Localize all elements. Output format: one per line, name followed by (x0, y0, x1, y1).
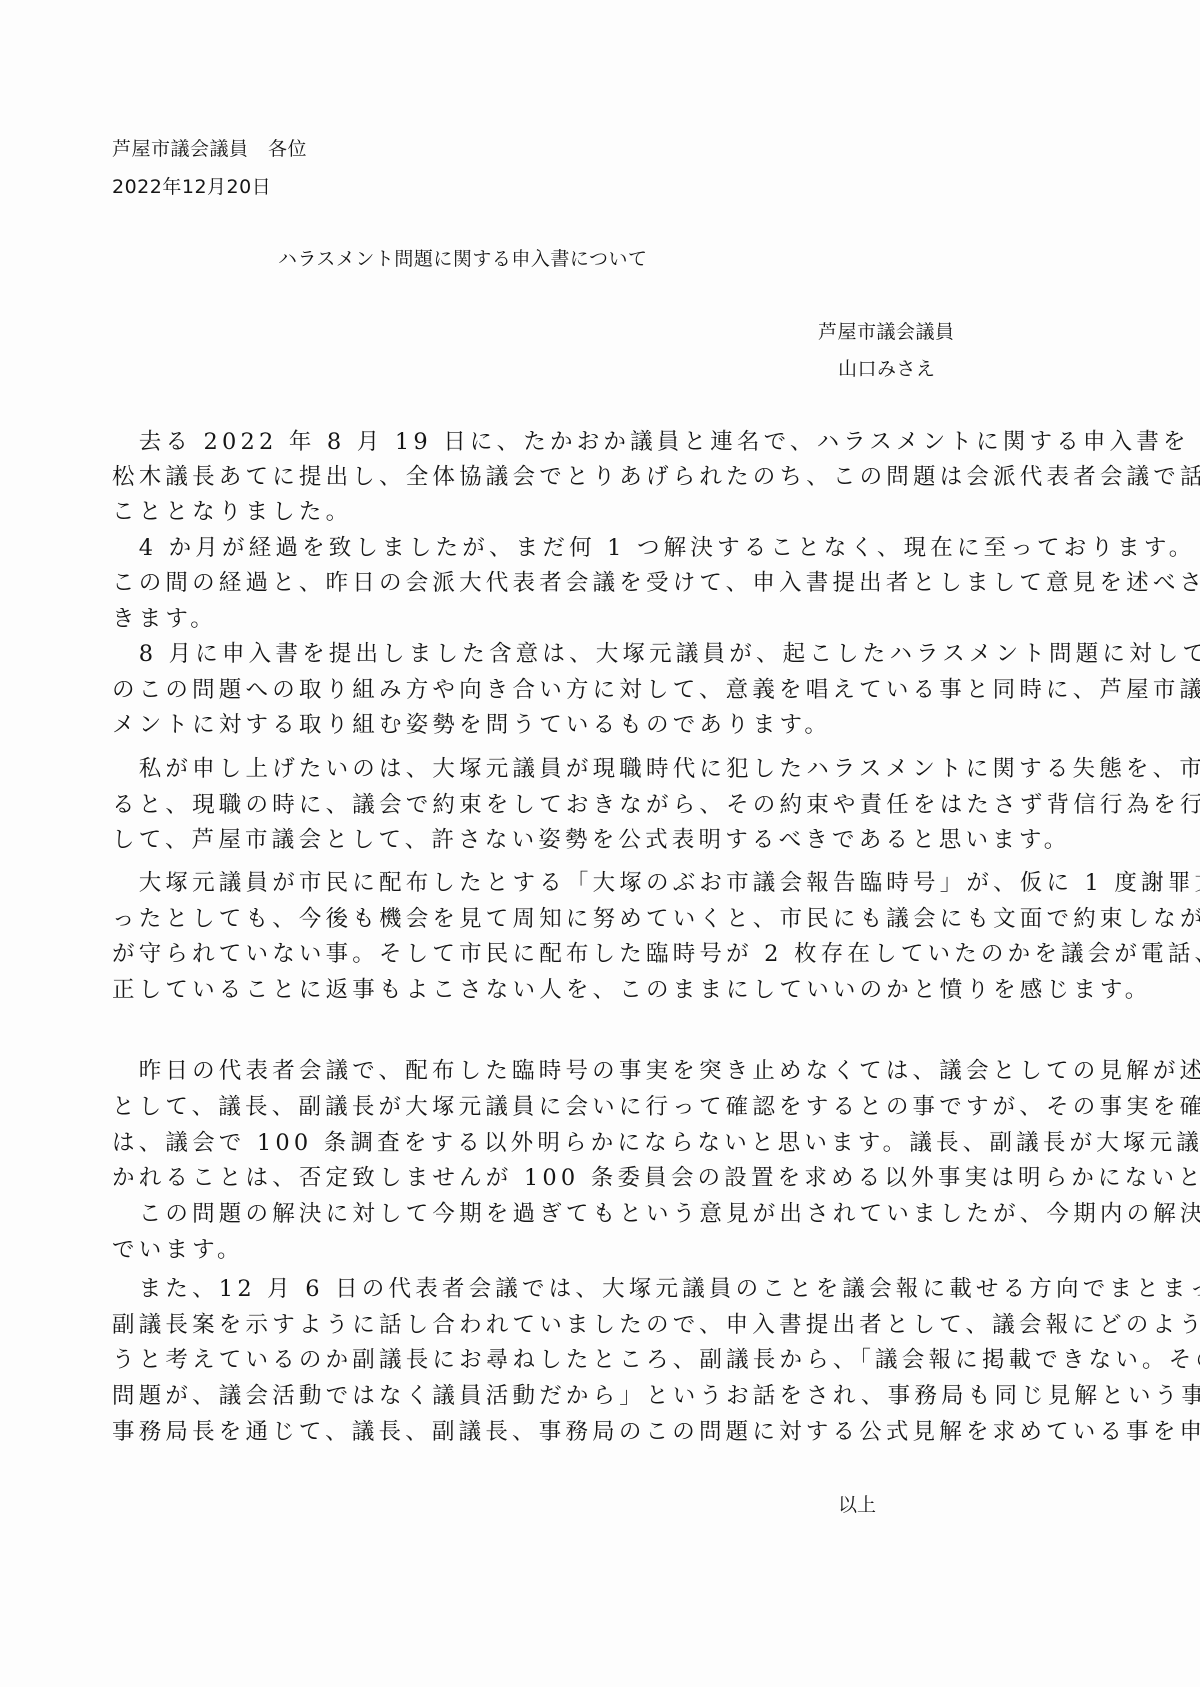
document-date: 2022年12月20日 (112, 172, 271, 199)
body-line: また、12 月 6 日の代表者会議では、大塚元議員のことを議会報に載せる方向でま… (112, 1274, 1112, 1304)
body-line: ったとしても、今後も機会を見て周知に努めていくと、市民にも議会にも文面で約束しな… (112, 904, 1112, 934)
document-page: 芦屋市議会議員 各位 2022年12月20日 ハラスメント問題に関する申入書につ… (0, 0, 1200, 1687)
body-line: 大塚元議員が市民に配布したとする「大塚のぶお市議会報告臨時号」が、仮に 1 度謝… (112, 868, 1112, 898)
body-line: この間の経過と、昨日の会派大代表者会議を受けて、申入書提出者としまして意見を述べ… (112, 568, 1112, 598)
body-line: 昨日の代表者会議で、配布した臨時号の事実を突き止めなくては、議会としての見解が述… (112, 1056, 1112, 1086)
body-line: が守られていない事。そして市民に配布した臨時号が 2 枚存在していたのかを議会が… (112, 939, 1112, 969)
body-line: 副議長案を示すように話し合われていましたので、申入書提出者として、議会報にどのよ… (112, 1310, 1112, 1340)
body-line: かれることは、否定致しませんが 100 条委員会の設置を求める以外事実は明らかに… (112, 1163, 1112, 1193)
closing-word: 以上 (838, 1490, 876, 1517)
body-line: して、芦屋市議会として、許さない姿勢を公式表明するべきであると思います。 (112, 825, 1112, 855)
addressee: 芦屋市議会議員 各位 (112, 134, 307, 161)
body-line: 松木議長あてに提出し、全体協議会でとりあげられたのち、この問題は会派代表者会議で… (112, 462, 1112, 492)
body-line: 正していることに返事もよこさない人を、このままにしていいのかと憤りを感じます。 (112, 975, 1112, 1005)
body-line: として、議長、副議長が大塚元議員に会いに行って確認をするとの事ですが、その事実を… (112, 1092, 1112, 1122)
document-title: ハラスメント問題に関する申入書について (278, 244, 648, 271)
body-line: のこの問題への取り組み方や向き合い方に対して、意義を唱えている事と同時に、芦屋市… (112, 675, 1112, 705)
body-line: 4 か月が経過を致しましたが、まだ何 1 つ解決することなく、現在に至っておりま… (112, 533, 1112, 563)
body-line: メントに対する取り組む姿勢を問うているものであります。 (112, 710, 1112, 740)
sender-name: 山口みさえ (838, 354, 936, 381)
body-line: こととなりました。 (112, 497, 1112, 527)
body-line: は、議会で 100 条調査をする以外明らかにならないと思います。議長、副議長が大… (112, 1128, 1112, 1158)
body-line: 去る 2022 年 8 月 19 日に、たかおか議員と連名で、ハラスメントに関す… (112, 427, 1112, 457)
body-line-blank (112, 1010, 1112, 1040)
sender-affiliation: 芦屋市議会議員 (818, 317, 955, 344)
body-line: きます。 (112, 604, 1112, 634)
body-line: 私が申し上げたいのは、大塚元議員が現職時代に犯したハラスメントに関する失態を、市… (112, 754, 1112, 784)
body-line: でいます。 (112, 1235, 1112, 1265)
body-line: 問題が、議会活動ではなく議員活動だから」というお話をされ、事務局も同じ見解という… (112, 1381, 1112, 1411)
body-line: 8 月に申入書を提出しました含意は、大塚元議員が、起こしたハラスメント問題に対し… (112, 639, 1112, 669)
body-line: この問題の解決に対して今期を過ぎてもという意見が出されていましたが、今期内の解決… (112, 1199, 1112, 1229)
body-line: 事務局長を通じて、議長、副議長、事務局のこの問題に対する公式見解を求めている事を… (112, 1417, 1112, 1447)
body-line: ると、現職の時に、議会で約束をしておきながら、その約束や責任をはたさず背信行為を… (112, 790, 1112, 820)
body-line: うと考えているのか副議長にお尋ねしたところ、副議長から、「議会報に掲載できない。… (112, 1345, 1112, 1375)
